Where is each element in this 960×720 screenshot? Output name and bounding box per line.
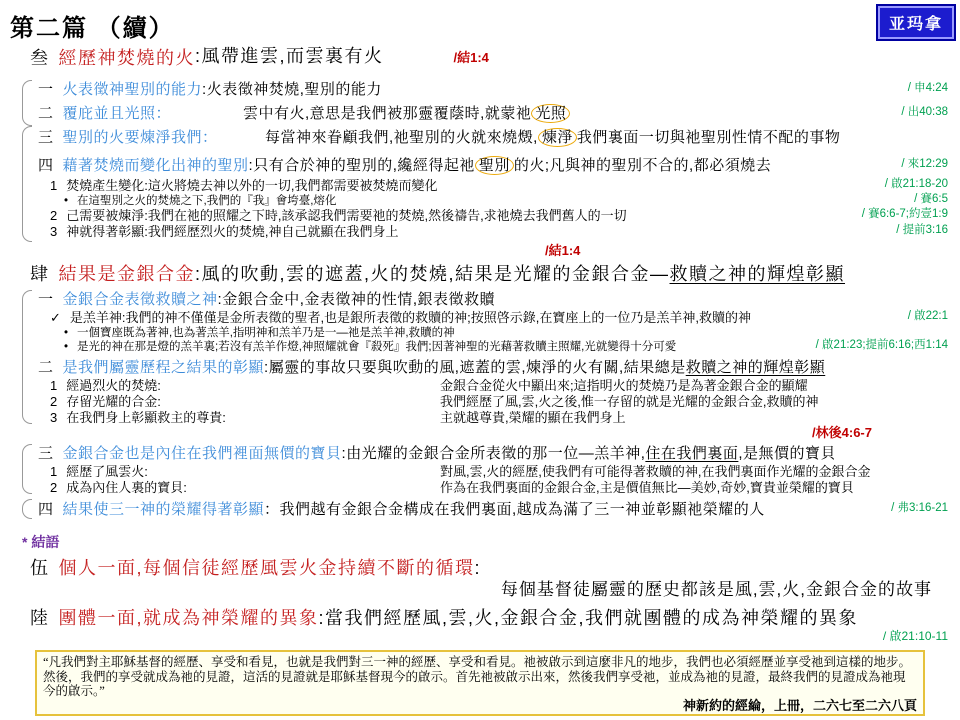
item-text: / 啟21:10-11 <box>883 629 948 643</box>
slide: 第二篇 （續） 亚玛拿 叁經歷神焚燒的火:風帶進雲,而雲裏有火/結1:4一火表徵… <box>0 0 960 720</box>
item-heading: 是我們屬靈歷程之結果的彰顯 <box>63 359 265 376</box>
item-number: 三 <box>38 445 54 462</box>
item-number: 肆 <box>30 264 50 284</box>
item-heading: 個人一面,每個信徒經歷風雲火金持續不斷的循環 <box>59 558 475 578</box>
outline-row: 2成為內住人裏的寶貝:作為在我們裏面的金銀合金,主是價值無比—美妙,奇妙,寶貴並… <box>0 480 960 496</box>
item-text: 一個寶座既為著神,也為著羔羊,指明神和羔羊乃是一—祂是羔羊神,救贖的神 <box>77 327 455 339</box>
item-text: 住在我們裏面 <box>645 445 738 462</box>
item-heading: 團體一面,就成為神榮耀的異象 <box>59 608 319 628</box>
item-heading: 火表徵神聖別的能力 <box>63 81 203 98</box>
scripture-ref: / 啟21:18-20 <box>885 176 948 192</box>
item-text: 每當神來眷顧我們,祂聖別的火就來燒燬, <box>265 129 538 146</box>
item-number: 3 <box>50 410 57 425</box>
item-text: :只有合於神的聖別的,纔經得起祂 <box>249 157 475 174</box>
item-text: 是光的神在那是燈的羔羊裏;若沒有羔羊作燈,神照耀就會『殺死』我們;因著神聖的光藉… <box>77 341 676 353</box>
item-number: 3 <box>50 224 57 239</box>
item-text: :屬靈的事故只要與吹動的風,遮蓋的雲,煉淨的火有關,結果總是 <box>264 359 686 376</box>
outline-row: •是光的神在那是燈的羔羊裏;若沒有羔羊作燈,神照耀就會『殺死』我們;因著神聖的光… <box>0 340 960 354</box>
circled-word: 光照 <box>531 104 570 123</box>
outline-row: •在這聖別之火的焚燒之下,我們的『我』會垮臺,熔化/ 賽6:5 <box>0 194 960 208</box>
item-text: 救贖之神的輝煌彰顯 <box>670 264 846 284</box>
item-label: 成為內住人裏的寶貝: <box>66 480 187 495</box>
item-text: 對風,雲,火的經歷,使我們有可能得著救贖的神,在我們裏面作光耀的金銀合金 <box>440 464 870 479</box>
circled-word: 煉淨 <box>538 128 577 147</box>
circled-word: 聖別 <box>475 156 514 175</box>
scripture-ref: / 賽6:6-7;約壹1:9 <box>862 206 948 222</box>
item-heading: 結果使三一神的榮耀得著彰顯 <box>63 501 265 518</box>
item-number: 2 <box>50 480 57 495</box>
scripture-ref: / 提前3:16 <box>896 222 948 238</box>
outline-row: * 結語 <box>0 534 960 550</box>
item-text: 焚燒產生變化:這火將燒去神以外的一切,我們都需要被焚燒而變化 <box>66 178 437 193</box>
item-heading: 藉著焚燒而變化出神的聖別 <box>63 157 249 174</box>
item-number: 四 <box>38 157 54 174</box>
item-label: 在我們身上彰顯救主的尊貴: <box>66 410 226 425</box>
quote-box: “凡我們對主耶穌基督的經歷、享受和看見，也就是我們對三一神的經歷、享受和看見。祂… <box>35 650 925 716</box>
item-text: :當我們經歷風,雲,火,金銀合金,我們就團體的成為神榮耀的異象 <box>319 608 859 628</box>
outline-row: ✓是羔羊神:我們的神不僅僅是金所表徵的聖者,也是銀所表徵的救贖的神;按照啓示錄,… <box>0 310 960 326</box>
scripture-ref: /結1:4 <box>454 50 489 65</box>
item-text: 己需要被煉淨:我們在祂的照耀之下時,該承認我們需要祂的焚燒,然後禱告,求祂燒去我… <box>66 208 626 223</box>
item-text: 神就得著彰顯:我們經歷烈火的焚燒,神自己就顯在我們身上 <box>66 224 398 239</box>
quote-citation: 神新約的經綸，上冊，二六七至二六八頁 <box>43 699 917 713</box>
scripture-ref: / 申4:24 <box>908 78 948 98</box>
author-stamp-badge: 亚玛拿 <box>878 6 954 39</box>
outline-row: 四結果使三一神的榮耀得著彰顯：我們越有金銀合金構成在我們裏面,越成為滿了三一神並… <box>0 500 960 520</box>
outline: 叁經歷神焚燒的火:風帶進雲,而雲裏有火/結1:4一火表徵神聖別的能力:火表徵神焚… <box>0 44 960 643</box>
outline-row: 2己需要被煉淨:我們在祂的照耀之下時,該承認我們需要祂的焚燒,然後禱告,求祂燒去… <box>0 208 960 224</box>
outline-row: 3神就得著彰顯:我們經歷烈火的焚燒,神自己就顯在我們身上/ 提前3:16 <box>0 224 960 240</box>
item-number: 2 <box>50 394 57 409</box>
item-text: /林後4:6-7 <box>812 425 872 440</box>
item-label: 經歷了風雲火: <box>66 464 148 479</box>
item-heading: 覆庇並且光照： <box>63 105 172 122</box>
scripture-ref: / 弗3:16-21 <box>891 498 948 518</box>
item-text: 在這聖別之火的焚燒之下,我們的『我』會垮臺,熔化 <box>77 195 336 207</box>
outline-row: 三金銀合金也是內住在我們裡面無價的寶貝:由光耀的金銀合金所表徵的那一位—羔羊神,… <box>0 444 960 464</box>
outline-row: 肆結果是金銀合金:風的吹動,雲的遮蓋,火的焚燒,結果是光耀的金銀合金—救贖之神的… <box>0 262 960 286</box>
item-text: 救贖之神的輝煌彰顯 <box>686 359 826 376</box>
outline-row: /林後4:6-7 <box>0 426 960 440</box>
item-number: • <box>64 195 68 207</box>
item-text: :風的吹動,雲的遮蓋,火的焚燒,結果是光耀的金銀合金— <box>195 264 670 284</box>
item-number: 1 <box>50 178 57 193</box>
item-heading: 經歷神焚燒的火 <box>59 48 196 68</box>
item-text: 雲中有火,意思是我們被那靈覆蔭時,就蒙祂 <box>243 105 531 122</box>
item-text: /結1:4 <box>545 243 580 258</box>
item-number: 2 <box>50 208 57 223</box>
outline-row: 二是我們屬靈歷程之結果的彰顯:屬靈的事故只要與吹動的風,遮蓋的雲,煉淨的火有關,… <box>0 358 960 378</box>
outline-row: 陸團體一面,就成為神榮耀的異象:當我們經歷風,雲,火,金銀合金,我們就團體的成為… <box>0 606 960 630</box>
item-text: * 結語 <box>22 534 59 550</box>
item-number: 伍 <box>30 558 50 578</box>
item-number: 1 <box>50 378 57 393</box>
outline-row: 叁經歷神焚燒的火:風帶進雲,而雲裏有火/結1:4 <box>0 44 960 70</box>
item-heading: 金銀合金表徵救贖之神 <box>63 291 218 308</box>
item-heading: 金銀合金也是內住在我們裡面無價的寶貝 <box>63 445 342 462</box>
outline-row: 伍個人一面,每個信徒經歷風雲火金持續不斷的循環: <box>0 556 960 580</box>
outline-row: 一火表徵神聖別的能力:火表徵神焚燒,聖別的能力/ 申4:24 <box>0 80 960 100</box>
item-number: 陸 <box>30 608 50 628</box>
scripture-ref: / 啟21:23;提前6:16;西1:14 <box>816 338 948 352</box>
outline-row: 1經過烈火的焚燒:金銀合金從火中顯出來;這指明火的焚燒乃是為著金銀合金的顯耀 <box>0 378 960 394</box>
quote-text: “凡我們對主耶穌基督的經歷、享受和看見，也就是我們對三一神的經歷、享受和看見。祂… <box>43 655 917 699</box>
outline-row: / 啟21:10-11 <box>0 630 960 643</box>
item-text: 每個基督徒屬靈的歷史都該是風,雲,火,金銀合金的故事 <box>501 580 932 599</box>
item-text: 的火;凡與神的聖別不合的,都必須燒去 <box>514 157 771 174</box>
item-text: 是羔羊神:我們的神不僅僅是金所表徵的聖者,也是銀所表徵的救贖的神;按照啓示錄,在… <box>70 310 751 325</box>
item-label: 存留光耀的合金: <box>66 394 161 409</box>
item-number: ✓ <box>50 310 61 325</box>
item-number: 1 <box>50 464 57 479</box>
item-text: 作為在我們裏面的金銀合金,主是價值無比—美妙,奇妙,寶貴並榮耀的寶貝 <box>440 480 854 495</box>
scripture-ref: / 出40:38 <box>901 102 948 122</box>
outline-row: 三聖別的火要煉淨我們：每當神來眷顧我們,祂聖別的火就來燒燬,煉淨我們裏面一切與祂… <box>0 128 960 148</box>
scripture-ref: / 來12:29 <box>901 154 948 174</box>
item-number: 叁 <box>30 48 50 68</box>
outline-row: 2存留光耀的合金:我們經歷了風,雲,火之後,惟一存留的就是光耀的金銀合金,救贖的… <box>0 394 960 410</box>
item-heading: 結果是金銀合金 <box>59 264 196 284</box>
outline-row: /結1:4 <box>0 244 960 258</box>
item-text: :火表徵神焚燒,聖別的能力 <box>202 81 382 98</box>
item-number: 二 <box>38 359 54 376</box>
item-number: • <box>64 327 68 339</box>
outline-row: 一金銀合金表徵救贖之神:金銀合金中,金表徵神的性情,銀表徵救贖 <box>0 290 960 310</box>
item-number: 三 <box>38 129 54 146</box>
outline-row: 3在我們身上彰顯救主的尊貴:主就越尊貴,榮耀的顯在我們身上 <box>0 410 960 426</box>
outline-row: 1焚燒產生變化:這火將燒去神以外的一切,我們都需要被焚燒而變化/ 啟21:18-… <box>0 178 960 194</box>
outline-row: 四藉著焚燒而變化出神的聖別:只有合於神的聖別的,纔經得起祂聖別的火;凡與神的聖別… <box>0 156 960 176</box>
item-heading: 聖別的火要煉淨我們： <box>63 129 218 146</box>
item-text: 我們裏面一切與祂聖別性情不配的事物 <box>577 129 841 146</box>
item-text: 主就越尊貴,榮耀的顯在我們身上 <box>440 410 626 425</box>
item-text: ：我們越有金銀合金構成在我們裏面,越成為滿了三一神並彰顯祂榮耀的人 <box>264 501 765 518</box>
item-number: 一 <box>38 81 54 98</box>
scripture-ref: / 賽6:5 <box>914 192 948 206</box>
item-text: :由光耀的金銀合金所表徵的那一位—羔羊神, <box>342 445 646 462</box>
item-number: 一 <box>38 291 54 308</box>
item-text: :風帶進雲,而雲裏有火 <box>195 46 384 66</box>
outline-row: 每個基督徒屬靈的歷史都該是風,雲,火,金銀合金的故事 <box>0 580 960 600</box>
item-text: 金銀合金從火中顯出來;這指明火的焚燒乃是為著金銀合金的顯耀 <box>440 378 808 393</box>
outline-row: 1經歷了風雲火:對風,雲,火的經歷,使我們有可能得著救贖的神,在我們裏面作光耀的… <box>0 464 960 480</box>
item-number: • <box>64 341 68 353</box>
page-title: 第二篇 （續） <box>10 8 175 43</box>
item-text: : <box>475 558 482 578</box>
outline-row: 二覆庇並且光照：雲中有火,意思是我們被那靈覆蔭時,就蒙祂光照/ 出40:38 <box>0 104 960 124</box>
item-text: ,是無價的寶貝 <box>738 445 836 462</box>
item-label: 經過烈火的焚燒: <box>66 378 161 393</box>
item-text: 我們經歷了風,雲,火之後,惟一存留的就是光耀的金銀合金,救贖的神 <box>440 394 818 409</box>
item-text: :金銀合金中,金表徵神的性情,銀表徵救贖 <box>218 291 496 308</box>
item-number: 二 <box>38 105 54 122</box>
scripture-ref: / 啟22:1 <box>908 308 948 324</box>
item-number: 四 <box>38 501 54 518</box>
